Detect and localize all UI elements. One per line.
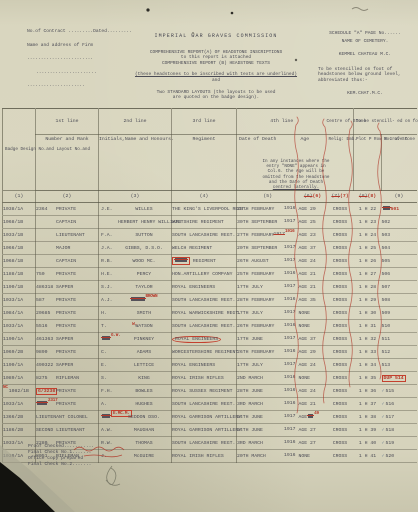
number-rank-cell: 9890PRIVATE — [36, 346, 99, 359]
name-cell: J.E.WILLES — [99, 203, 172, 216]
stone-no-cell: 508 — [382, 294, 417, 307]
regiment-cell: ROYAL IRISH RIFLES — [172, 372, 237, 385]
stone-no-cell: 506 — [382, 268, 417, 281]
black-corner — [0, 462, 55, 512]
regiment-cell: HON.ARTILLERY COMPANY — [172, 268, 237, 281]
table-row: 1186/2BSECOND LIEUTENANTA.W.MAUGHANROYAL… — [3, 424, 417, 437]
grave-ref-cell: 1 H 41 — [354, 450, 382, 463]
col-number-corrected: (6)(6) — [299, 191, 327, 203]
emblem-cell: CROSS — [327, 385, 354, 398]
grave-ref-cell: 1 H 22 — [354, 203, 382, 216]
badge-design-no: 1366/2B — [3, 411, 36, 424]
rank: PRIVATE — [56, 402, 76, 407]
date-of-death-cell: 26TH FEBRUARY1916 — [237, 320, 299, 333]
age-cell: AGE 21 — [299, 398, 327, 411]
age-cell: AGE 25 — [299, 216, 327, 229]
rank: CAPTAIN — [56, 220, 76, 225]
stone-no-cell: 505 — [382, 255, 417, 268]
age-cell: AGE49 — [299, 411, 327, 424]
rank: PRIVATE — [56, 207, 76, 212]
number-rank-cell: 486318SAPPER — [36, 281, 99, 294]
badge-design-no: 1190/1A — [3, 359, 36, 372]
stone-no-cell: 504 — [382, 242, 417, 255]
col-number: (1) — [3, 191, 36, 203]
col-number: (2) — [36, 191, 99, 203]
stone-no-cell: 517 — [382, 411, 417, 424]
stone-no-cell: 501 — [382, 203, 417, 216]
grave-ref-cell: 1 H 26 — [354, 255, 382, 268]
regiment-cell: REGIMENT — [172, 255, 237, 268]
age-cell: AGE 21 — [299, 268, 327, 281]
pencil-mark — [352, 8, 368, 11]
emblem-cell: CROSS — [327, 359, 354, 372]
rank: SECOND LIEUTENANT — [36, 428, 85, 433]
emblem-cell: CROSS — [327, 333, 354, 346]
schedule-table: Badge Design No.and Layout No.and 1st li… — [2, 108, 417, 463]
regiment-cell: WORCESTERSHIRE REGIMENT — [172, 346, 237, 359]
date-of-death-cell: 24TH JUNE1917 — [237, 424, 299, 437]
regiment-cell: ROYAL ENGINEERS — [172, 359, 237, 372]
number-rank-cell: 2364PRIVATE — [36, 203, 99, 216]
table-row: 1033/1A587PRIVATEA.J.BROWNSOUTH LANCASHI… — [3, 294, 417, 307]
date-of-death-cell: 26TH AUGUST1917 — [237, 255, 299, 268]
pencil-signature — [106, 466, 120, 485]
grave-ref-cell: 1 H 34 — [354, 359, 382, 372]
emblem-cell: CROSS — [327, 346, 354, 359]
age-cell: AGE 23 — [299, 229, 327, 242]
regiment-cell: ROYAL IRISH RIFLES — [172, 450, 237, 463]
name-cell: S.KING — [99, 372, 172, 385]
badge-design-no: 1038/1A — [3, 203, 36, 216]
stone-no-cell: 519 — [382, 437, 417, 450]
grave-ref-cell: 1 H 35 — [354, 372, 382, 385]
badge-design-no: 1186/2B — [3, 424, 36, 437]
emblem-cell: CROSS — [327, 307, 354, 320]
col-number-corrected: (8)(8) — [354, 191, 382, 203]
date-of-death-cell: 17TH JULY1917 — [237, 359, 299, 372]
column-numbers-row: (1) (2) (3) (4) (5) (6)(6) (7)(7) (8)(8)… — [3, 191, 417, 203]
number-rank-cell: 20685PRIVATE — [36, 307, 99, 320]
badge-design-no: 1068/1B — [3, 255, 36, 268]
regiment-cell: ROYAL SUSSEX REGIMENT — [172, 385, 237, 398]
grave-ref-cell: 1 H 30 — [354, 307, 382, 320]
emblem-cell: CROSS — [327, 229, 354, 242]
number-rank-cell: LIEUTENANT — [36, 229, 99, 242]
grave-ref-cell: 1 H 32 — [354, 333, 382, 346]
age-cell: AGE 37 — [299, 333, 327, 346]
name-cell: H.E.PERCY — [99, 268, 172, 281]
rank: SAPPER — [56, 337, 73, 342]
name-cell: G.W.PINKNEY — [99, 333, 172, 346]
stone-no-cell: 509 — [382, 307, 417, 320]
date-of-death-cell: 17TH JULY1917 — [237, 307, 299, 320]
date-of-death-cell: 20TH MARCH1916 — [237, 450, 299, 463]
age-cell: AGE 24 — [299, 385, 327, 398]
stone-no-cell: 516 — [382, 398, 417, 411]
number-rank-cell: CAPTAIN — [36, 216, 99, 229]
regiment-cell: THE KING'S LIVERPOOL REGT. — [172, 203, 237, 216]
emblem-cell: CROSS — [327, 216, 354, 229]
rank: PRIVATE — [56, 298, 76, 303]
date-of-death-cell: 27TH FEBRUARY19171916 — [237, 229, 299, 242]
col-header-stencil: To be stencill- ed on foot of headstones… — [354, 109, 417, 135]
col-number: (5) — [237, 191, 299, 203]
name-cell: R.W.THOMAS — [99, 437, 172, 450]
table-row: 1066/1BMAJORJ.A.GIBBS, D.S.O.WELCH REGIM… — [3, 242, 417, 255]
number-rank-cell: 490322SAPPER — [36, 359, 99, 372]
badge-design-no: 1084/1A — [3, 307, 36, 320]
grave-ref-cell: 1 H 37 — [354, 398, 382, 411]
regiment-cell: ROYAL GARRISON ARTILLERY — [172, 424, 237, 437]
badge-design-no: 1190/1A — [3, 333, 36, 346]
name-cell: A.J.BROWN — [99, 294, 172, 307]
table-body: 1038/1A2364PRIVATEJ.E.WILLESTHE KING'S L… — [3, 203, 417, 463]
number-rank-cell: SECOND LIEUTENANT — [36, 424, 99, 437]
table-row: 1068/1BCAPTAINR.B.WOOD MC. REGIMENT26TH … — [3, 255, 417, 268]
col-header-3rd-line: 3rd line — [172, 109, 237, 135]
rank: PRIVATE — [56, 389, 76, 394]
emblem-cell: CROSS — [327, 242, 354, 255]
name-cell: T.W.WATSON — [99, 320, 172, 333]
rank: PRIVATE — [56, 311, 76, 316]
name-cell: J.A.GIBBS, D.S.O. — [99, 242, 172, 255]
regiment-cell: WELCH REGIMENT — [172, 242, 237, 255]
stone-no-cell: 510 — [382, 320, 417, 333]
note-text-underlined: centred laterally. — [273, 185, 319, 190]
age-cell: AGE 35 — [299, 294, 327, 307]
report-line: and — [118, 78, 314, 84]
table-row: 1190/1A490322SAPPERE.LETTICEROYAL ENGINE… — [3, 359, 417, 372]
col-header-centre-of-stone: Centre of Stone — [327, 109, 354, 135]
grave-ref-cell: 1 H 40 — [354, 437, 382, 450]
emblem-cell: CROSS — [327, 398, 354, 411]
regiment-cell: ROYAL ENGINEERS — [172, 281, 237, 294]
col-header-1st-line: 1st line — [36, 109, 99, 135]
table-row: 1033/1A2317PRIVATEA.HUGHESSOUTH LANCASHI… — [3, 398, 417, 411]
emblem-cell: CROSS — [327, 372, 354, 385]
stone-no-cell: 511 — [382, 333, 417, 346]
rank: RIFLEMAN — [56, 376, 79, 381]
page-title: IMPERIAL WAR GRAVES COMMISSION — [118, 34, 314, 40]
col-subheader-regiment: Regiment — [172, 135, 237, 191]
rank: PRIVATE — [56, 350, 76, 355]
grave-ref-cell: 1 H 28 — [354, 281, 382, 294]
age-omission-note: In any instances where the entry "NONE" … — [244, 159, 348, 190]
stone-no-cell: 513 — [382, 359, 417, 372]
stone-no-cell: 512 — [382, 346, 417, 359]
badge-design-no: NC1082/1B — [3, 385, 36, 398]
name-cell: J.McGUIRE — [99, 450, 172, 463]
regiment-cell: SOUTH LANCASHIRE REGT. — [172, 294, 237, 307]
stencil-abbreviation: KEM.CHAT.M.C. — [314, 91, 416, 97]
emblem-cell: CROSS — [327, 281, 354, 294]
col-header-2nd-line: 2nd line — [99, 109, 172, 135]
grave-ref-cell: 1 H 24 — [354, 229, 382, 242]
badge-design-no: 1068/1B — [3, 216, 36, 229]
age-cell: NONE — [299, 372, 327, 385]
grave-ref-cell: 1 H 23 — [354, 216, 382, 229]
table-row: 1366/2BLIEUTENANT COLONELE.MC.M.SEDDON D… — [3, 411, 417, 424]
name-cell: C.ADAMS — [99, 346, 172, 359]
regiment-cell: SOUTH LANCASHIRE REGT. — [172, 320, 237, 333]
rank: SAPPER — [56, 363, 73, 368]
badge-design-no: 1190/1B — [3, 281, 36, 294]
emblem-cell: CROSS — [327, 320, 354, 333]
col-number-corrected: (7)(7) — [327, 191, 354, 203]
col-number: (9) — [382, 191, 417, 203]
col-subheader-initials: Initials,Name and Honours. — [99, 135, 172, 191]
age-cell: AGE 27 — [299, 437, 327, 450]
rank: PRIVATE — [56, 324, 76, 329]
table-row: 1033/1BLIEUTENANTF.A.SUTTONSOUTH LANCASH… — [3, 229, 417, 242]
emblem-cell: CROSS — [327, 437, 354, 450]
rank: SAPPER — [56, 285, 73, 290]
name-cell: E.LETTICE — [99, 359, 172, 372]
rank: LIEUTENANT — [56, 233, 85, 238]
emblem-cell: CROSS — [327, 424, 354, 437]
table-row: 1084/1A20685PRIVATEH.SMITHROYAL WARWICKS… — [3, 307, 417, 320]
regiment-cell: ROYAL WARWICKSHIRE REGT. — [172, 307, 237, 320]
report-line: are quoted on the badge design). — [118, 95, 314, 101]
emblem-cell: CROSS — [327, 255, 354, 268]
schedule-block: SCHEDULE "A" PAGE No...... NAME OF CEMET… — [314, 31, 416, 98]
grave-ref-cell: 1 H 38 — [354, 411, 382, 424]
date-of-death-cell: 3RD MARCH1916 — [237, 398, 299, 411]
emblem-cell: CROSS — [327, 203, 354, 216]
badge-design-no: 1066/1B — [3, 242, 36, 255]
regiment-cell: SOUTH LANCASHIRE REGT. — [172, 229, 237, 242]
date-of-death-cell: 26TH FEBRUARY1916 — [237, 346, 299, 359]
rank: LIEUTENANT COLONEL — [36, 415, 88, 420]
stone-no-cell: DUP 514 — [382, 372, 417, 385]
table-row: 1190/1B486318SAPPERS.J.TAYLORROYAL ENGIN… — [3, 281, 417, 294]
number-rank-cell: MAJOR — [36, 242, 99, 255]
age-cell: AGE 29 — [299, 346, 327, 359]
footer-line: Final Check No.2....... — [28, 462, 94, 468]
table-row: 1188/1B750PRIVATEH.E.PERCYHON.ARTILLERY … — [3, 268, 417, 281]
regiment-cell: SOUTH LANCASHIRE REGT. — [172, 437, 237, 450]
name-cell: S.J.TAYLOR — [99, 281, 172, 294]
col-subheader-plot-row-grave: Plot P Row R Grave G — [354, 135, 382, 191]
number-rank-cell: 8275RIFLEMAN — [36, 372, 99, 385]
name-cell: A.W.MAUGHAN — [99, 424, 172, 437]
number-rank-cell: 2317PRIVATE — [36, 398, 99, 411]
col-header-4th-line: 4th line — [237, 109, 327, 135]
regiment-cell: WILTSHIRE REGIMENT — [172, 216, 237, 229]
name-cell: R.B.WOOD MC. — [99, 255, 172, 268]
badge-design-no: 1033/1B — [3, 229, 36, 242]
date-of-death-cell: 24TH JUNE1917 — [237, 411, 299, 424]
date-of-death-cell: 17TH JULY1917 — [237, 281, 299, 294]
table-row: NC1082/1BG/3238PRIVATEF.H.BOWLESROYAL SU… — [3, 385, 417, 398]
table-row: 1038/1A2364PRIVATEJ.E.WILLESTHE KING'S L… — [3, 203, 417, 216]
date-of-death-cell: 28TH FEBRUARY1916 — [237, 294, 299, 307]
commission-header: IMPERIAL WAR GRAVES COMMISSION COMPREHEN… — [118, 34, 314, 101]
col-number: (3) — [99, 191, 172, 203]
emblem-cell: CROSS — [327, 268, 354, 281]
name-cell: F.A.SUTTON — [99, 229, 172, 242]
age-cell: NONE — [299, 320, 327, 333]
date-of-death-cell: 30TH SEPTEMBER1917 — [237, 216, 299, 229]
badge-column-header: Badge Design No.and Layout No.and — [3, 109, 36, 191]
date-of-death-cell: 17TH JUNE1917 — [237, 333, 299, 346]
name-cell: HERBERT HENRY WILLIAMS — [99, 216, 172, 229]
number-rank-cell: LIEUTENANT COLONEL — [36, 411, 99, 424]
grave-ref-cell: 1 H 39 — [354, 424, 382, 437]
stone-no-cell: 502 — [382, 216, 417, 229]
badge-design-no: 1069/2B — [3, 346, 36, 359]
grave-ref-cell: 1 H 31 — [354, 320, 382, 333]
emblem-cell: CROSS — [327, 450, 354, 463]
number-rank-cell: G/3238PRIVATE — [36, 385, 99, 398]
name-cell: A.HUGHES — [99, 398, 172, 411]
grave-ref-cell: 1 H 29 — [354, 294, 382, 307]
name-cell: F.H.BOWLES — [99, 385, 172, 398]
col-subheader-stone-no: No. of Stone — [382, 135, 417, 191]
report-line: COMPREHENSIVE REPORT (B) HEADSTONE TEXTS — [118, 61, 314, 67]
stone-no-cell: 515 — [382, 385, 417, 398]
table-row: 1069/2B9890PRIVATEC.ADAMSWORCESTERSHIRE … — [3, 346, 417, 359]
badge-design-no: 1089/1A — [3, 372, 36, 385]
schedule-label: SCHEDULE "A" PAGE No...... — [314, 31, 416, 37]
cemetery-label: NAME OF CEMETERY. — [314, 39, 416, 45]
table-row: 1033/1A5516PRIVATET.W.WATSONSOUTH LANCAS… — [3, 320, 417, 333]
date-of-death-cell: 25TH FEBRUARY1916 — [237, 268, 299, 281]
date-of-death-cell: 3RD MARCH1916 — [237, 437, 299, 450]
check-footer: Proof Checked........... Final Check No.… — [28, 444, 94, 468]
age-cell: NONE — [299, 450, 327, 463]
number-rank-cell: 461363SAPPER — [36, 333, 99, 346]
age-cell: AGE 21 — [299, 281, 327, 294]
age-cell: AGE 24 — [299, 255, 327, 268]
name-cell: E.MC.M.SEDDON DSO. — [99, 411, 172, 424]
col-subheader-number-rank: Number and Rank — [36, 135, 99, 191]
badge-design-no: 1033/1A — [3, 294, 36, 307]
badge-design-no: 1033/1A — [3, 320, 36, 333]
badge-design-no: 1033/1A — [3, 398, 36, 411]
date-of-death-cell: 20TH SEPTEMBER1917 — [237, 242, 299, 255]
regiment-cell: ROYAL GARRISON ARTILLERY — [172, 411, 237, 424]
grave-ref-cell: 1 H 25 — [354, 242, 382, 255]
number-rank-cell: 587PRIVATE — [36, 294, 99, 307]
stone-no-cell: 503 — [382, 229, 417, 242]
emblem-cell: CROSS — [327, 411, 354, 424]
stone-no-cell: 518 — [382, 424, 417, 437]
age-cell: AGE 29 — [299, 203, 327, 216]
date-of-death-cell: 25TH FEBRUARY1916 — [237, 203, 299, 216]
grave-ref-cell: 1 H 27 — [354, 268, 382, 281]
scanned-document-page: No.of Contract .........Dated......... N… — [0, 0, 418, 512]
stone-no-cell: 520 — [382, 450, 417, 463]
age-cell: AGE 27 — [299, 424, 327, 437]
table-row: 1089/1A8275RIFLEMANS.KINGROYAL IRISH RIF… — [3, 372, 417, 385]
stone-no-cell: 507 — [382, 281, 417, 294]
note-text: In any instances where the entry "NONE" … — [262, 159, 329, 185]
date-of-death-cell: 28TH JUNE1916 — [237, 385, 299, 398]
badge-design-no: 1188/1B — [3, 268, 36, 281]
number-rank-cell: 750PRIVATE — [36, 268, 99, 281]
age-cell: NONE — [299, 307, 327, 320]
age-cell: AGE 37 — [299, 242, 327, 255]
stencil-note: To be stencilled on foot of headstones b… — [318, 67, 416, 84]
col-number: (4) — [172, 191, 237, 203]
rank: PRIVATE — [56, 272, 76, 277]
date-of-death-cell: 2ND MARCH1916 — [237, 372, 299, 385]
emblem-cell: CROSS — [327, 294, 354, 307]
grave-ref-cell: 1 H 33 — [354, 346, 382, 359]
regiment-cell: ROYAL ENGINEERS — [172, 333, 237, 346]
number-rank-cell: 5516PRIVATE — [36, 320, 99, 333]
table-row: 1068/1BCAPTAINHERBERT HENRY WILLIAMSWILT… — [3, 216, 417, 229]
number-rank-cell: CAPTAIN — [36, 255, 99, 268]
rank: CAPTAIN — [56, 259, 76, 264]
regiment-cell: SOUTH LANCASHIRE REGT. — [172, 398, 237, 411]
cemetery-name: KEMMEL CHATEAU M.C. — [314, 52, 416, 58]
table-row: 1190/1A461363SAPPERG.W.PINKNEYROYAL ENGI… — [3, 333, 417, 346]
age-cell: AGE 24 — [299, 359, 327, 372]
grave-ref-cell: 1 H 36 — [354, 385, 382, 398]
rank: MAJOR — [56, 246, 70, 251]
